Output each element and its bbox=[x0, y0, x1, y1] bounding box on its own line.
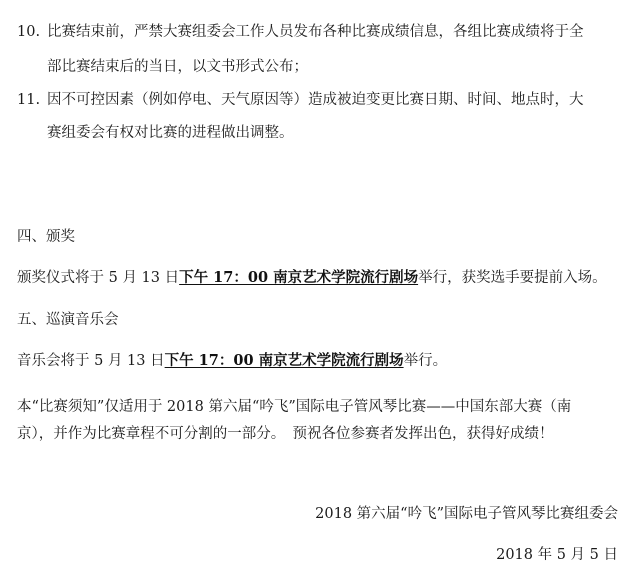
closing-line-1: 本“比赛须知”仅适用于 2018 第六届“吟飞”国际电子管风琴比赛——中国东部大… bbox=[17, 398, 571, 416]
awards-text-before: 颁奖仪式将于 5 月 13 日 bbox=[17, 270, 179, 286]
signature-date: 2018 年 5 月 5 日 bbox=[496, 546, 618, 564]
rule-text-line: 赛组委会有权对比赛的进程做出调整。 bbox=[47, 124, 294, 142]
concert-text-after: 举行。 bbox=[404, 353, 448, 369]
rule-number: 11. bbox=[17, 91, 40, 109]
concert-time-venue: 下午 17：00 南京艺术学院流行剧场 bbox=[165, 352, 404, 369]
concert-text-before: 音乐会将于 5 月 13 日 bbox=[17, 353, 165, 369]
rule-text-line: 因不可控因素（例如停电、天气原因等）造成被迫变更比赛日期、时间、地点时，大 bbox=[47, 91, 584, 109]
awards-text-after: 举行，获奖选手要提前入场。 bbox=[418, 270, 607, 286]
rule-text-line: 比赛结束前，严禁大赛组委会工作人员发布各种比赛成绩信息，各组比赛成绩将于全 bbox=[47, 23, 584, 41]
rule-number: 10. bbox=[17, 23, 40, 41]
signature-organization: 2018 第六届“吟飞”国际电子管风琴比赛组委会 bbox=[315, 505, 618, 523]
awards-time-venue: 下午 17：00 南京艺术学院流行剧场 bbox=[179, 269, 418, 286]
section-heading-awards: 四、颁奖 bbox=[17, 228, 75, 246]
section-heading-concert: 五、巡演音乐会 bbox=[17, 311, 119, 329]
closing-line-2: 京），并作为比赛章程不可分割的一部分。 预祝各位参赛者发挥出色，获得好成绩！ bbox=[17, 425, 554, 443]
concert-paragraph: 音乐会将于 5 月 13 日下午 17：00 南京艺术学院流行剧场举行。 bbox=[17, 352, 447, 370]
awards-paragraph: 颁奖仪式将于 5 月 13 日下午 17：00 南京艺术学院流行剧场举行，获奖选… bbox=[17, 269, 607, 287]
rule-text-line: 部比赛结束后的当日，以文书形式公布； bbox=[47, 58, 308, 76]
